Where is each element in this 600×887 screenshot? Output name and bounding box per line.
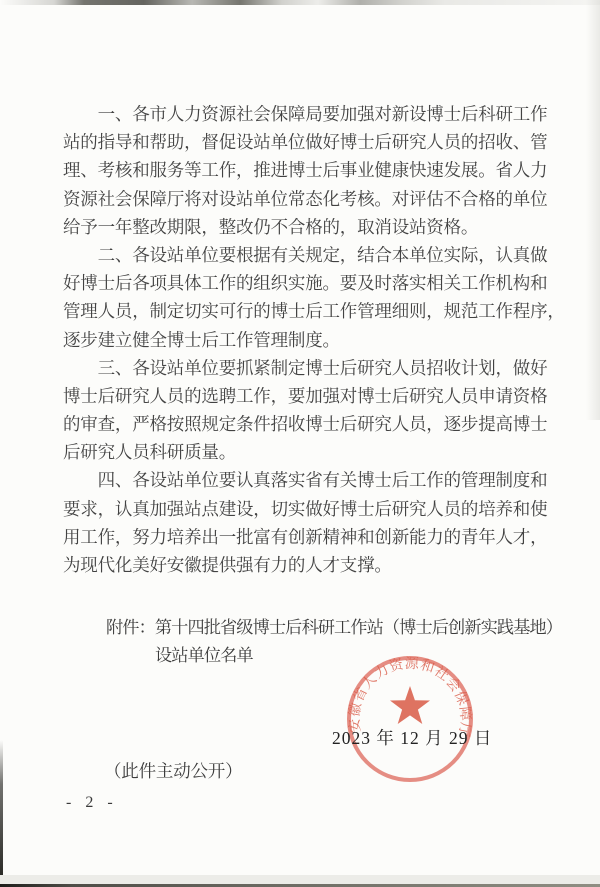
document-page: 一、各市人力资源社会保障局要加强对新设博士后科研工作 站的指导和帮助，督促设站单… [0, 0, 600, 887]
body-text-line: 三、各设站单位要抓紧制定博士后研究人员招收计划，做好 [63, 354, 568, 382]
body-text-line: 用工作，努力培养出一批富有创新精神和创新能力的青年人才， [63, 523, 568, 551]
body-text-line: 为现代化美好安徽提供强有力的人才支撑。 [63, 551, 568, 579]
body-text-line: 的审查，严格按照规定条件招收博士后研究人员，逐步提高博士 [63, 410, 568, 438]
body-text-line: 博士后研究人员的选聘工作，要加强对博士后研究人员申请资格 [63, 382, 568, 410]
body-text-line: 一、各市人力资源社会保障局要加强对新设博士后科研工作 [63, 100, 568, 128]
body-text-line: 要求，认真加强站点建设，切实做好博士后研究人员的培养和使 [63, 495, 568, 523]
body-text-line: 理、考核和服务等工作，推进博士后事业健康快速发展。省人力 [63, 156, 568, 184]
body-text-line: 给予一年整改期限，整改仍不合格的，取消设站资格。 [63, 213, 568, 241]
scan-artifact-top [0, 0, 600, 5]
body-text-line: 管理人员，制定切实可行的博士后工作管理细则，规范工作程序， [63, 297, 568, 325]
scan-artifact-bottom-light [0, 875, 600, 884]
scan-artifact-left [0, 740, 3, 887]
body-text-line: 好博士后各项具体工作的组织实施。要及时落实相关工作机构和 [63, 269, 568, 297]
document-body: 一、各市人力资源社会保障局要加强对新设博士后科研工作 站的指导和帮助，督促设站单… [63, 100, 568, 579]
body-text-line: 资源社会保障厅将对设站单位常态化考核。对评估不合格的单位 [63, 185, 568, 213]
official-seal: 安徽省人力资源和社会保障厅 [340, 649, 480, 789]
body-text-line: 后研究人员科研质量。 [63, 438, 568, 466]
scan-artifact-right [586, 0, 600, 420]
star-icon [390, 686, 430, 724]
page-number: - 2 - [66, 794, 115, 812]
body-text-line: 逐步建立健全博士后工作管理制度。 [63, 326, 568, 354]
body-text-line: 二、各设站单位要根据有关规定，结合本单位实际，认真做 [63, 241, 568, 269]
body-text-line: 四、各设站单位要认真落实省有关博士后工作的管理制度和 [63, 466, 568, 494]
body-text-line: 站的指导和帮助，督促设站单位做好博士后研究人员的招收、管 [63, 128, 568, 156]
publicity-note: （此件主动公开） [104, 758, 242, 784]
issue-date: 2023 年 12 月 29 日 [332, 726, 492, 750]
attachment-line-1: 附件：第十四批省级博士后科研工作站（博士后创新实践基地） [106, 614, 586, 642]
